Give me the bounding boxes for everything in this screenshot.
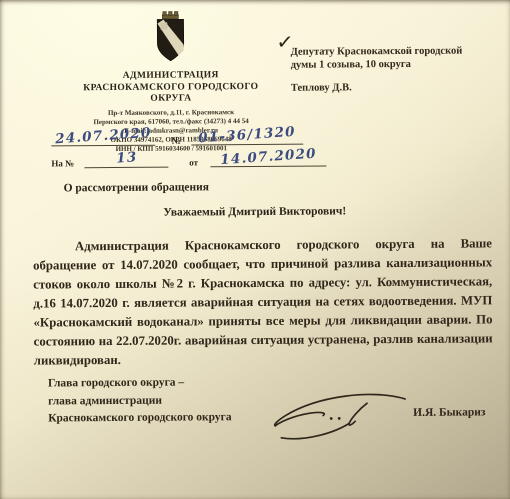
subject-line: О рассмотрении обращения [64,181,210,194]
number-label: № [172,136,181,146]
reply-from-label: от [189,157,198,167]
salutation: Уважаемый Дмитрий Викторович! [0,204,510,220]
coat-of-arms-icon [150,10,190,67]
reply-number-field: 13 [85,151,169,169]
recipient-name: Теплову Д.В. [291,80,483,94]
outgoing-reference-line: 24.07.2020 № 01-36/1320 [51,128,303,147]
signer-title-line2: глава администрации [48,392,232,411]
signer-titles: Глава городского округа – глава админист… [48,374,232,428]
reply-number-label: На № [51,158,74,168]
letter-page: АДМИНИСТРАЦИЯ КРАСНОКАМСКОГО ГОРОДСКОГО … [0,0,510,499]
recipient-block: ✓ Депутату Краснокамской городской думы … [291,44,483,94]
outgoing-date-field: 24.07.2020 [51,129,155,147]
signer-title-line3: Краснокамского городского округа [48,409,232,428]
org-name-line3: ОКРУГА [27,93,315,107]
recipient-title: Депутату Краснокамской городской думы 1 … [291,44,483,71]
body-paragraph: Администрация Краснокамского городского … [33,234,493,370]
reply-date-field: 14.07.2020 [210,149,326,167]
outgoing-number-field: 01-36/1320 [191,128,303,146]
checkmark-annotation: ✓ [276,35,294,49]
reply-number-handwritten: 13 [115,149,137,166]
scanned-letter-photo: АДМИНИСТРАЦИЯ КРАСНОКАМСКОГО ГОРОДСКОГО … [0,0,510,499]
reply-reference-line: На № 13 от 14.07.2020 [51,149,326,168]
signer-name: И.Я. Быкариз [413,406,485,419]
signer-title-line1: Глава городского округа – [48,374,232,393]
handwritten-signature [263,385,413,453]
